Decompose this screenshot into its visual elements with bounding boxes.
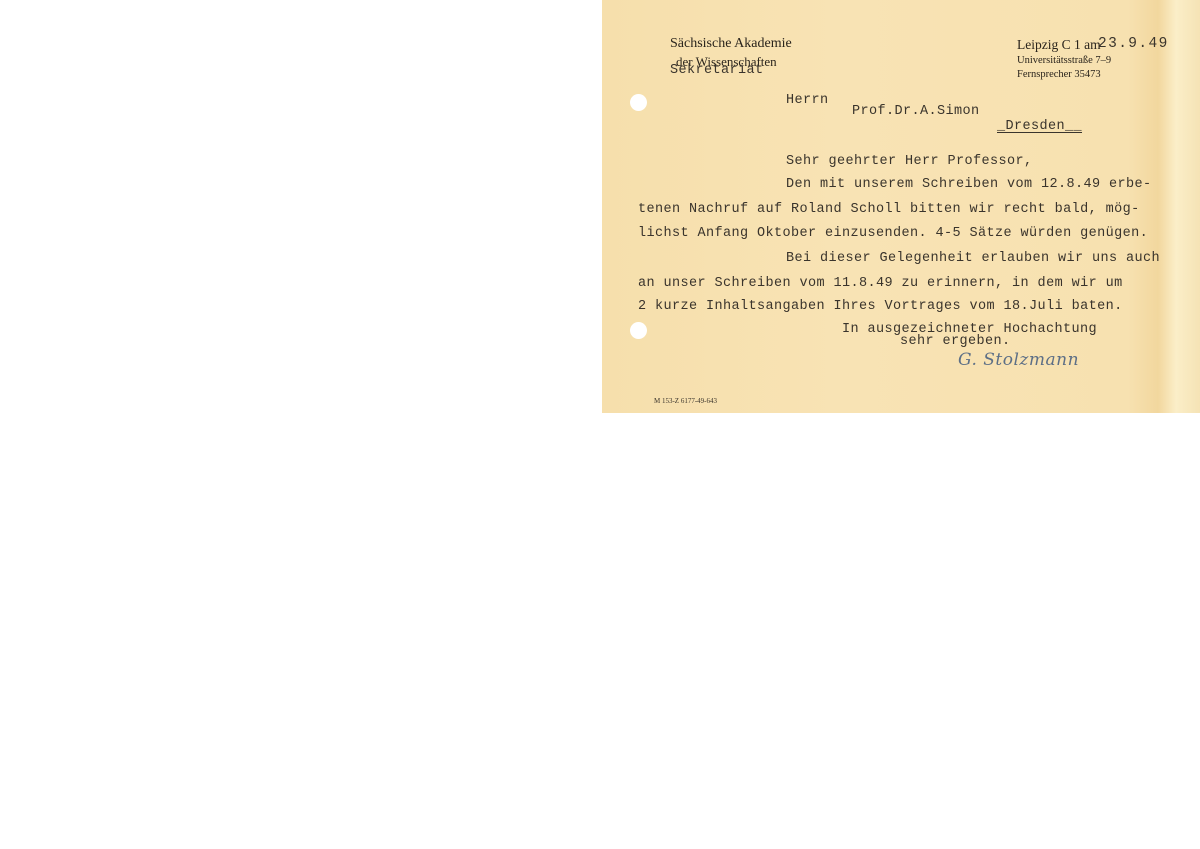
greeting: Sehr geehrter Herr Professor, bbox=[786, 154, 1033, 169]
closing-line: sehr ergeben. bbox=[900, 334, 1011, 349]
body-line: Bei dieser Gelegenheit erlauben wir uns … bbox=[786, 251, 1160, 266]
punch-hole bbox=[630, 94, 647, 111]
street-address: Universitätsstraße 7–9 bbox=[1017, 55, 1111, 66]
recipient-name: Prof.Dr.A.Simon bbox=[852, 104, 980, 119]
body-line: lichst Anfang Oktober einzusenden. 4-5 S… bbox=[638, 226, 1148, 241]
form-code: M 153-Z 6177-49-643 bbox=[654, 397, 717, 405]
body-line: tenen Nachruf auf Roland Scholl bitten w… bbox=[638, 202, 1140, 217]
body-line: Den mit unserem Schreiben vom 12.8.49 er… bbox=[786, 177, 1152, 192]
punch-hole bbox=[630, 322, 647, 339]
recipient-salutation: Herrn bbox=[786, 93, 829, 108]
letter-card: Sächsische Akademie der Wissenschaften S… bbox=[602, 0, 1200, 413]
body-line: an unser Schreiben vom 11.8.49 zu erinne… bbox=[638, 276, 1123, 291]
department: Sekretariat bbox=[670, 63, 764, 78]
signature: G. Stolzmann bbox=[958, 350, 1079, 370]
phone-number: Fernsprecher 35473 bbox=[1017, 69, 1101, 80]
body-line: 2 kurze Inhaltsangaben Ihres Vortrages v… bbox=[638, 299, 1123, 314]
letter-date: 23.9.49 bbox=[1098, 36, 1169, 52]
institution-name: Sächsische Akademie bbox=[670, 36, 792, 52]
place-label: Leipzig C 1 am bbox=[1017, 37, 1101, 53]
recipient-city: _Dresden__ bbox=[997, 119, 1082, 134]
